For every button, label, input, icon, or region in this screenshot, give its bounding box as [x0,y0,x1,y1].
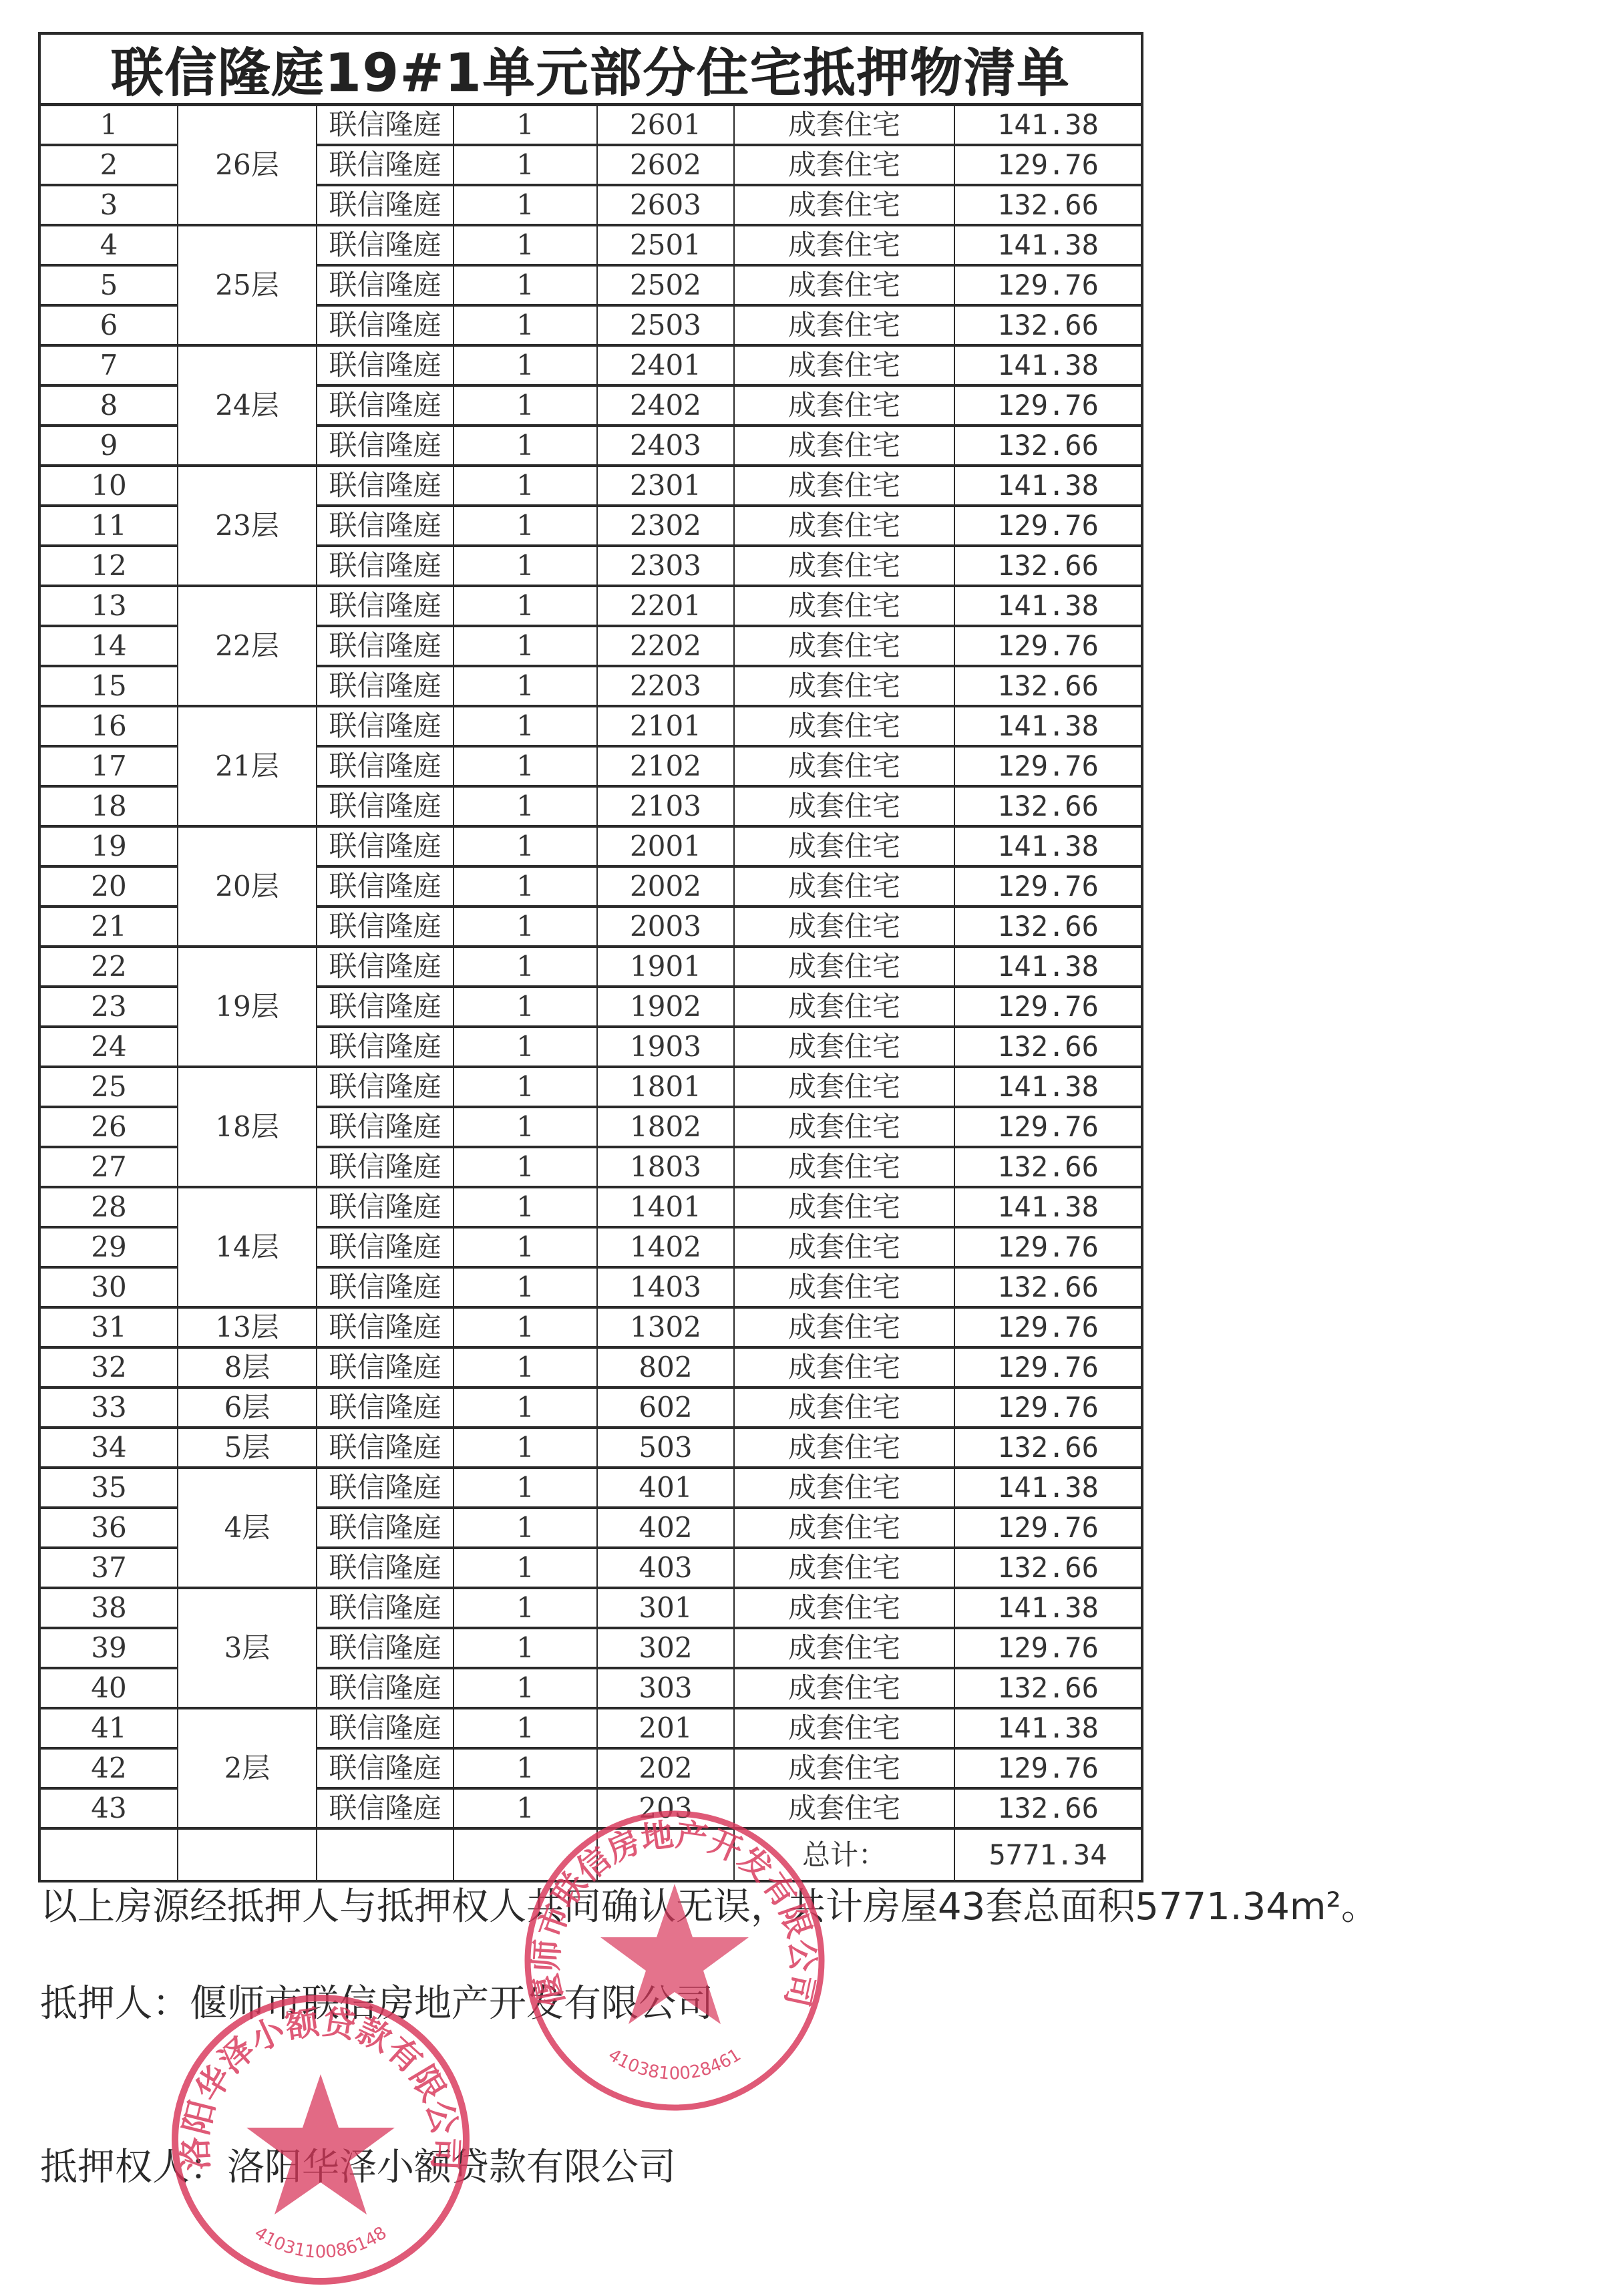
total-row: 总计：5771.34 [41,1828,1141,1880]
project-name: 联信隆庭 [317,1788,454,1828]
mortgagee-label: 抵押权人： [40,2146,227,2189]
row-number: 39 [41,1628,178,1668]
unit-number: 1 [454,1628,597,1668]
unit-number: 1 [454,1067,597,1107]
floor-area: 129.76 [954,746,1141,786]
mortgagor-line: 抵押人：偃师市联信房地产开发有限公司 [40,1974,713,2027]
room-number: 2603 [597,185,734,225]
property-type: 成套住宅 [734,987,954,1027]
property-type: 成套住宅 [734,185,954,225]
floor-area: 129.76 [954,1628,1141,1668]
floor-area: 141.38 [954,1588,1141,1628]
project-name: 联信隆庭 [317,1668,454,1708]
property-type: 成套住宅 [734,1468,954,1508]
property-type: 成套住宅 [734,1508,954,1548]
unit-number: 1 [454,185,597,225]
room-number: 1903 [597,1027,734,1067]
total-area: 5771.34 [954,1828,1141,1880]
floor-area: 132.66 [954,1788,1141,1828]
property-type: 成套住宅 [734,586,954,626]
room-number: 2501 [597,225,734,265]
floor-cell: 19层 [178,947,317,1067]
floor-area: 132.66 [954,907,1141,947]
row-number: 16 [41,706,178,746]
property-type: 成套住宅 [734,1107,954,1147]
row-number: 17 [41,746,178,786]
property-type: 成套住宅 [734,1227,954,1267]
floor-area: 132.66 [954,1548,1141,1588]
project-name: 联信隆庭 [317,1147,454,1187]
floor-cell: 13层 [178,1307,317,1347]
room-number: 302 [597,1628,734,1668]
project-name: 联信隆庭 [317,1748,454,1788]
unit-number: 1 [454,1307,597,1347]
unit-number: 1 [454,225,597,265]
floor-area: 132.66 [954,1267,1141,1307]
floor-area: 129.76 [954,626,1141,666]
property-type: 成套住宅 [734,466,954,506]
property-type: 成套住宅 [734,1307,954,1347]
project-name: 联信隆庭 [317,145,454,185]
project-name: 联信隆庭 [317,225,454,265]
room-number: 1403 [597,1267,734,1307]
unit-number: 1 [454,1227,597,1267]
unit-number: 1 [454,666,597,706]
unit-number: 1 [454,466,597,506]
unit-number: 1 [454,546,597,586]
floor-area: 141.38 [954,1468,1141,1508]
collateral-table-body: 126层联信隆庭12601成套住宅141.382联信隆庭12602成套住宅129… [41,106,1141,1880]
floor-area: 132.66 [954,1027,1141,1067]
row-number: 34 [41,1428,178,1468]
unit-number: 1 [454,1548,597,1588]
room-number: 301 [597,1588,734,1628]
unit-number: 1 [454,1428,597,1468]
floor-area: 132.66 [954,666,1141,706]
row-number: 14 [41,626,178,666]
floor-area: 132.66 [954,185,1141,225]
property-type: 成套住宅 [734,1548,954,1588]
project-name: 联信隆庭 [317,1227,454,1267]
row-number: 7 [41,345,178,385]
room-number: 1902 [597,987,734,1027]
floor-area: 141.38 [954,706,1141,746]
row-number: 18 [41,786,178,826]
unit-number: 1 [454,1147,597,1187]
project-name: 联信隆庭 [317,1267,454,1307]
room-number: 401 [597,1468,734,1508]
project-name: 联信隆庭 [317,987,454,1027]
property-type: 成套住宅 [734,1428,954,1468]
project-name: 联信隆庭 [317,1428,454,1468]
project-name: 联信隆庭 [317,1027,454,1067]
unit-number: 1 [454,1387,597,1428]
room-number: 1401 [597,1187,734,1227]
room-number: 203 [597,1788,734,1828]
row-number: 8 [41,385,178,426]
project-name: 联信隆庭 [317,426,454,466]
empty-cell [454,1828,597,1880]
floor-area: 141.38 [954,947,1141,987]
total-label: 总计： [734,1828,954,1880]
unit-number: 1 [454,1468,597,1508]
row-number: 2 [41,145,178,185]
room-number: 2201 [597,586,734,626]
table-row: 354层联信隆庭1401成套住宅141.38 [41,1468,1141,1508]
floor-cell: 4层 [178,1468,317,1588]
room-number: 2303 [597,546,734,586]
property-type: 成套住宅 [734,305,954,345]
svg-text:4103110086148: 4103110086148 [250,2223,390,2263]
room-number: 2101 [597,706,734,746]
floor-area: 132.66 [954,1147,1141,1187]
project-name: 联信隆庭 [317,506,454,546]
room-number: 1802 [597,1107,734,1147]
floor-area: 141.38 [954,225,1141,265]
table-row: 383层联信隆庭1301成套住宅141.38 [41,1588,1141,1628]
project-name: 联信隆庭 [317,786,454,826]
unit-number: 1 [454,987,597,1027]
property-type: 成套住宅 [734,1347,954,1387]
unit-number: 1 [454,265,597,305]
row-number: 28 [41,1187,178,1227]
room-number: 201 [597,1708,734,1748]
project-name: 联信隆庭 [317,907,454,947]
property-type: 成套住宅 [734,426,954,466]
property-type: 成套住宅 [734,265,954,305]
row-number: 36 [41,1508,178,1548]
project-name: 联信隆庭 [317,1347,454,1387]
property-type: 成套住宅 [734,1748,954,1788]
floor-area: 132.66 [954,786,1141,826]
property-type: 成套住宅 [734,907,954,947]
property-type: 成套住宅 [734,626,954,666]
property-type: 成套住宅 [734,1027,954,1067]
room-number: 2001 [597,826,734,866]
project-name: 联信隆庭 [317,1708,454,1748]
row-number: 37 [41,1548,178,1588]
row-number: 25 [41,1067,178,1107]
unit-number: 1 [454,305,597,345]
project-name: 联信隆庭 [317,305,454,345]
room-number: 2302 [597,506,734,546]
row-number: 22 [41,947,178,987]
floor-area: 141.38 [954,826,1141,866]
unit-number: 1 [454,826,597,866]
project-name: 联信隆庭 [317,265,454,305]
property-type: 成套住宅 [734,1708,954,1748]
project-name: 联信隆庭 [317,1307,454,1347]
table-row: 1621层联信隆庭12101成套住宅141.38 [41,706,1141,746]
room-number: 602 [597,1387,734,1428]
floor-area: 129.76 [954,506,1141,546]
room-number: 2401 [597,345,734,385]
row-number: 15 [41,666,178,706]
unit-number: 1 [454,1107,597,1147]
floor-area: 141.38 [954,1067,1141,1107]
project-name: 联信隆庭 [317,1628,454,1668]
property-type: 成套住宅 [734,506,954,546]
property-type: 成套住宅 [734,706,954,746]
floor-area: 129.76 [954,1508,1141,1548]
svg-text:4103810028461: 4103810028461 [604,2045,745,2084]
floor-area: 141.38 [954,586,1141,626]
floor-cell: 20层 [178,826,317,947]
mortgagor-label: 抵押人： [40,1982,190,2025]
row-number: 26 [41,1107,178,1147]
unit-number: 1 [454,345,597,385]
row-number: 32 [41,1347,178,1387]
unit-number: 1 [454,866,597,907]
document-page: 联信隆庭19#1单元部分住宅抵押物清单 126层联信隆庭12601成套住宅141… [0,0,1609,2296]
floor-area: 129.76 [954,1748,1141,1788]
project-name: 联信隆庭 [317,466,454,506]
row-number: 29 [41,1227,178,1267]
project-name: 联信隆庭 [317,546,454,586]
floor-area: 132.66 [954,1428,1141,1468]
property-type: 成套住宅 [734,1628,954,1668]
property-type: 成套住宅 [734,1067,954,1107]
unit-number: 1 [454,1027,597,1067]
room-number: 2202 [597,626,734,666]
room-number: 1402 [597,1227,734,1267]
floor-cell: 21层 [178,706,317,826]
room-number: 2102 [597,746,734,786]
unit-number: 1 [454,1748,597,1788]
row-number: 33 [41,1387,178,1428]
table-row: 724层联信隆庭12401成套住宅141.38 [41,345,1141,385]
unit-number: 1 [454,706,597,746]
unit-number: 1 [454,385,597,426]
room-number: 1302 [597,1307,734,1347]
room-number: 2103 [597,786,734,826]
property-type: 成套住宅 [734,345,954,385]
table-row: 3113层联信隆庭11302成套住宅129.76 [41,1307,1141,1347]
row-number: 24 [41,1027,178,1067]
property-type: 成套住宅 [734,145,954,185]
unit-number: 1 [454,1508,597,1548]
property-type: 成套住宅 [734,826,954,866]
row-number: 42 [41,1748,178,1788]
project-name: 联信隆庭 [317,1067,454,1107]
table-row: 336层联信隆庭1602成套住宅129.76 [41,1387,1141,1428]
empty-cell [317,1828,454,1880]
room-number: 2601 [597,106,734,145]
floor-area: 141.38 [954,1708,1141,1748]
room-number: 2402 [597,385,734,426]
table-row: 425层联信隆庭12501成套住宅141.38 [41,225,1141,265]
room-number: 1801 [597,1067,734,1107]
collateral-list-sheet: 联信隆庭19#1单元部分住宅抵押物清单 126层联信隆庭12601成套住宅141… [38,32,1143,1882]
project-name: 联信隆庭 [317,1387,454,1428]
row-number: 43 [41,1788,178,1828]
room-number: 402 [597,1508,734,1548]
row-number: 10 [41,466,178,506]
room-number: 2002 [597,866,734,907]
floor-area: 129.76 [954,145,1141,185]
floor-cell: 2层 [178,1708,317,1828]
property-type: 成套住宅 [734,1588,954,1628]
property-type: 成套住宅 [734,746,954,786]
floor-area: 129.76 [954,1387,1141,1428]
room-number: 2203 [597,666,734,706]
unit-number: 1 [454,1588,597,1628]
row-number: 27 [41,1147,178,1187]
project-name: 联信隆庭 [317,1508,454,1548]
row-number: 11 [41,506,178,546]
floor-cell: 8层 [178,1347,317,1387]
unit-number: 1 [454,907,597,947]
project-name: 联信隆庭 [317,947,454,987]
property-type: 成套住宅 [734,1668,954,1708]
row-number: 23 [41,987,178,1027]
row-number: 9 [41,426,178,466]
room-number: 503 [597,1428,734,1468]
room-number: 2503 [597,305,734,345]
floor-area: 129.76 [954,1307,1141,1347]
room-number: 2602 [597,145,734,185]
project-name: 联信隆庭 [317,586,454,626]
property-type: 成套住宅 [734,1387,954,1428]
document-title: 联信隆庭19#1单元部分住宅抵押物清单 [41,35,1141,106]
floor-area: 129.76 [954,987,1141,1027]
row-number: 38 [41,1588,178,1628]
floor-area: 129.76 [954,385,1141,426]
project-name: 联信隆庭 [317,866,454,907]
floor-area: 141.38 [954,106,1141,145]
room-number: 2003 [597,907,734,947]
row-number: 30 [41,1267,178,1307]
room-number: 1901 [597,947,734,987]
empty-cell [41,1828,178,1880]
floor-area: 141.38 [954,345,1141,385]
room-number: 2301 [597,466,734,506]
unit-number: 1 [454,586,597,626]
unit-number: 1 [454,746,597,786]
floor-cell: 23层 [178,466,317,586]
floor-cell: 3层 [178,1588,317,1708]
unit-number: 1 [454,145,597,185]
table-row: 2219层联信隆庭11901成套住宅141.38 [41,947,1141,987]
property-type: 成套住宅 [734,1187,954,1227]
table-row: 328层联信隆庭1802成套住宅129.76 [41,1347,1141,1387]
floor-area: 132.66 [954,305,1141,345]
room-number: 802 [597,1347,734,1387]
floor-cell: 22层 [178,586,317,706]
property-type: 成套住宅 [734,546,954,586]
row-number: 1 [41,106,178,145]
floor-cell: 5层 [178,1428,317,1468]
table-row: 345层联信隆庭1503成套住宅132.66 [41,1428,1141,1468]
project-name: 联信隆庭 [317,106,454,145]
collateral-table: 126层联信隆庭12601成套住宅141.382联信隆庭12602成套住宅129… [41,106,1141,1880]
property-type: 成套住宅 [734,1147,954,1187]
row-number: 19 [41,826,178,866]
unit-number: 1 [454,626,597,666]
project-name: 联信隆庭 [317,1187,454,1227]
unit-number: 1 [454,506,597,546]
property-type: 成套住宅 [734,1267,954,1307]
row-number: 12 [41,546,178,586]
floor-cell: 24层 [178,345,317,466]
room-number: 403 [597,1548,734,1588]
project-name: 联信隆庭 [317,706,454,746]
room-number: 303 [597,1668,734,1708]
project-name: 联信隆庭 [317,185,454,225]
room-number: 2403 [597,426,734,466]
table-row: 412层联信隆庭1201成套住宅141.38 [41,1708,1141,1748]
project-name: 联信隆庭 [317,345,454,385]
property-type: 成套住宅 [734,106,954,145]
floor-area: 132.66 [954,426,1141,466]
property-type: 成套住宅 [734,947,954,987]
project-name: 联信隆庭 [317,1548,454,1588]
unit-number: 1 [454,947,597,987]
floor-area: 132.66 [954,1668,1141,1708]
floor-area: 132.66 [954,546,1141,586]
room-number: 2502 [597,265,734,305]
property-type: 成套住宅 [734,385,954,426]
unit-number: 1 [454,1668,597,1708]
project-name: 联信隆庭 [317,385,454,426]
floor-area: 129.76 [954,1347,1141,1387]
property-type: 成套住宅 [734,666,954,706]
empty-cell [597,1828,734,1880]
mortgagor-name: 偃师市联信房地产开发有限公司 [190,1982,713,2025]
unit-number: 1 [454,1788,597,1828]
row-number: 40 [41,1668,178,1708]
mortgagee-line: 抵押权人：洛阳华泽小额贷款有限公司 [40,2138,676,2191]
project-name: 联信隆庭 [317,1588,454,1628]
floor-cell: 26层 [178,106,317,225]
table-row: 1023层联信隆庭12301成套住宅141.38 [41,466,1141,506]
floor-area: 129.76 [954,1227,1141,1267]
confirmation-statement: 以上房源经抵押人与抵押权人共同确认无误，共计房屋43套总面积5771.34m²。 [40,1877,1379,1931]
unit-number: 1 [454,426,597,466]
row-number: 4 [41,225,178,265]
floor-area: 129.76 [954,866,1141,907]
row-number: 13 [41,586,178,626]
row-number: 31 [41,1307,178,1347]
floor-cell: 6层 [178,1387,317,1428]
unit-number: 1 [454,1708,597,1748]
row-number: 3 [41,185,178,225]
room-number: 202 [597,1748,734,1788]
floor-cell: 25层 [178,225,317,345]
floor-cell: 14层 [178,1187,317,1307]
row-number: 6 [41,305,178,345]
property-type: 成套住宅 [734,225,954,265]
property-type: 成套住宅 [734,786,954,826]
floor-area: 129.76 [954,1107,1141,1147]
table-row: 1322层联信隆庭12201成套住宅141.38 [41,586,1141,626]
floor-area: 141.38 [954,466,1141,506]
unit-number: 1 [454,106,597,145]
project-name: 联信隆庭 [317,826,454,866]
property-type: 成套住宅 [734,866,954,907]
row-number: 20 [41,866,178,907]
floor-area: 141.38 [954,1187,1141,1227]
row-number: 21 [41,907,178,947]
unit-number: 1 [454,1267,597,1307]
project-name: 联信隆庭 [317,1468,454,1508]
table-row: 126层联信隆庭12601成套住宅141.38 [41,106,1141,145]
floor-area: 129.76 [954,265,1141,305]
project-name: 联信隆庭 [317,666,454,706]
project-name: 联信隆庭 [317,626,454,666]
project-name: 联信隆庭 [317,1107,454,1147]
row-number: 35 [41,1468,178,1508]
